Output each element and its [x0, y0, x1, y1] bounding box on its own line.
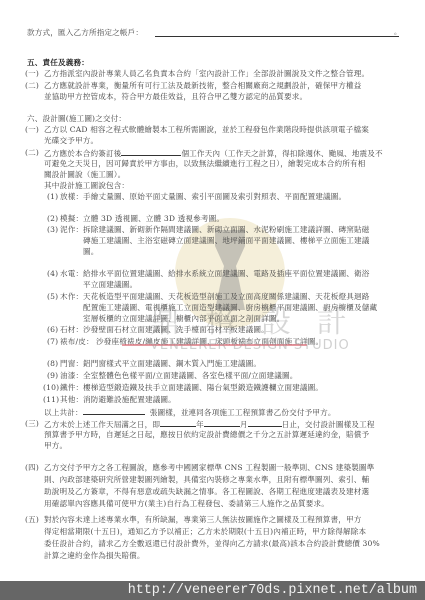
- account-line-end: 。: [394, 27, 401, 37]
- section-5-item-2-num: (二): [25, 80, 39, 91]
- deadline-month-blank-field: [204, 418, 240, 427]
- section-5-item-2-text-2: 並協助甲方控管成本，符合甲方最佳效益，且符合甲乙雙方認定的品質要求。: [44, 91, 307, 102]
- subitem-11-label: 其他：: [60, 394, 83, 405]
- subitem-4-text-2: 平立面建議圖。: [83, 279, 137, 290]
- section-6-item-4-num: (四): [25, 462, 39, 473]
- includes-label: 其中設計施工圖說包含：: [44, 180, 129, 191]
- section-6-item-5-line-3: 委任設計合約，請求乙方全數返還已付設計費外，並得向乙方請求(最高)該本合約設計費…: [44, 538, 380, 549]
- section-6-item-5-line-2: 得定相當期限(十五日)，通知乙方予以補正；乙方未於期限(十五日)內補正時，甲方除…: [44, 526, 366, 537]
- subitem-1-num: (1): [47, 191, 58, 202]
- subitem-8-label: 門窗：: [60, 358, 83, 369]
- subitem-10-label: 鐵件：: [60, 382, 83, 393]
- subitem-7-label: 裱布/皮：: [60, 336, 94, 347]
- deadline-suffix: 日止，交付設計圖樣及工程: [282, 420, 375, 429]
- contract-page: 款方式，匯入乙方所指定之帳戶： 。 五、責任及義務： (一) 乙方指派室內設計專…: [0, 0, 425, 581]
- total-line: 以上共計：張圖樣，並連同各項施工工程預算書乙份交付予甲方。: [44, 406, 336, 418]
- subitem-3-text-2: 磚施工建議圖、主浴室磁磚立面建議圖、地坪鋪面平面建議圖、樓梯平立面施工建議: [83, 235, 370, 246]
- subitem-3-label: 泥作：: [60, 224, 83, 235]
- section-5-heading: 五、責任及義務：: [27, 57, 89, 68]
- payment-account-line: 款方式，匯入乙方所指定之帳戶：: [27, 27, 143, 38]
- subitem-2-label: 模擬：: [60, 213, 83, 224]
- section-6-item-4-line-2: 則、內政部建築研究所營建製圖列繪製，具備室內裝修之專業水準，且附有標準圖列、索引…: [44, 474, 369, 485]
- section-6-item-1-text-2: 光碟交予甲方。: [44, 135, 98, 146]
- watermark-subtitle: VENEERER DESIGN STUDIO: [150, 338, 350, 353]
- footer-bar: http://veneerer70ds.pixnet.net/album: [0, 581, 425, 600]
- section-6-item-2-num: (二): [25, 147, 39, 158]
- subitem-3-text-1: 拆除建議圖、新砌新作隔間建議圖、新砌立面圖、水泥粉刷施工建議詳圖、磚窯貼磁: [83, 224, 370, 235]
- subitem-1-text: 手繪丈量圖、原始平面丈量圖、索引平面圖及索引對照表、平面配置建議圖。: [83, 191, 346, 202]
- subitem-4-text-1: 給排水平面位置建議圖、給排水系統立面建議圖、電路及插座平面位置建議圖、衛浴: [83, 268, 370, 279]
- section-6-item-4-line-1: 乙方交付予甲方之各工程圖說，應參考中國國家標準 CNS 工程製圖一般準則、CNS…: [44, 462, 374, 473]
- subitem-10-text: 樓梯造型鍛造鐵及扶手立面建議圖、陽台氣型鍛造鐵護欄立面建議圖。: [83, 382, 323, 393]
- subitem-9-num: (9): [47, 370, 58, 381]
- subitem-2-num: (2): [47, 213, 58, 224]
- subitem-10-num: (10): [43, 382, 59, 393]
- section-6-item-4-line-4: 用確認單內容應具備可使甲方(業主)自行為工程發包、委請第三人施作之品質要求。: [44, 498, 329, 509]
- account-blank-field: [155, 35, 399, 37]
- section-6-item-5-line-1: 對於內容未達上述專業水準，有所缺漏，專業第三人無法按圖施作之圖樣及工程預算書，甲…: [44, 514, 362, 525]
- subitem-8-text: 鋁門窗樣式平立面建議圖、鋼木質入門施工建議圖。: [83, 358, 261, 369]
- deadline-prefix: 乙方未於上述工作天屆滿之日，即: [44, 420, 160, 429]
- total-count-blank-field: [83, 406, 145, 415]
- section-6-item-3-line-3: 甲方。: [44, 440, 67, 451]
- section-6-item-3-line-2: 預算書予甲方時，自遲延之日起，應按日依約定設計費總價之千分之五計算遲延違約金，賠…: [44, 429, 369, 440]
- total-suffix: 張圖樣，並連同各項施工工程預算書乙份交付予甲方。: [150, 408, 336, 417]
- section-5-item-2-text-1: 乙方應就設計專業，衡量所有可行工法及最新技術，整合相關廠商之規劃設計，確保甲方權…: [44, 80, 362, 91]
- subitem-2-text: 立體 3D 透視圖、立體 3D 透視參考圖。: [83, 213, 224, 224]
- section-6-item-5-num: (五): [25, 514, 39, 525]
- section-6-item-3-num: (三): [25, 418, 39, 429]
- subitem-9-text: 全室整體色色樣平面/立面建議圖、各室色樣平面/立面建議圖。: [83, 370, 298, 381]
- subitem-5-label: 木作：: [60, 291, 83, 302]
- section-6-item-5-line-4: 計算之違約金作為損失賠償。: [44, 550, 145, 561]
- year-label: 年: [196, 420, 204, 429]
- subitem-3-text-3: 圖。: [83, 246, 99, 257]
- album-url: http://veneerer70ds.pixnet.net/album: [128, 582, 417, 599]
- days-label-prefix: 乙方應於本合約簽訂後: [44, 149, 121, 158]
- subitem-11-text: 消防避難設施配置建議圖。: [83, 394, 176, 405]
- payment-account-label: 款方式，匯入乙方所指定之帳戶：: [27, 28, 143, 37]
- deadline-year-blank-field: [160, 418, 196, 427]
- subitem-7-num: (7): [47, 336, 58, 347]
- watermark-text: 鼎 格 設 計: [150, 308, 355, 338]
- total-label: 以上共計：: [44, 408, 83, 417]
- section-5-item-1-text: 乙方指派室內設計專業人員乙名負責本合約「室內設計工作」全部設計圖說及文件之整合管…: [44, 68, 369, 79]
- section-6-item-4-line-3: 助說明及乙方簽章，不得有惡意或疏失缺漏之情事。各工程圖說、各期工程進度建議表及建…: [44, 486, 369, 497]
- subitem-5-text-1: 天花板造型平面建議圖、天花板造型剖施工及立面高度關係建議圖、天花板燈具迴路: [83, 291, 370, 302]
- subitem-6-label: 石材：: [60, 324, 83, 335]
- section-6-item-2-line-2: 可避免之天災日，因可歸責於甲方事由，以致無法繼續進行工程之日），繪製完成本合約所…: [44, 158, 365, 169]
- deadline-day-blank-field: [248, 418, 282, 427]
- subitem-3-num: (3): [47, 224, 58, 235]
- section-6-item-1-num: (一): [25, 124, 39, 135]
- subitem-8-num: (8): [47, 358, 58, 369]
- section-6-heading: 六、設計圖(施工圖)之交付：: [27, 113, 126, 124]
- subitem-5-num: (5): [47, 291, 58, 302]
- section-6-item-1-text-1: 乙方以 CAD 相容之程式軟體繪製本工程所需圖說，並於工程發包作業階段時提供該項…: [44, 124, 369, 135]
- days-label-suffix: 個工作天內（工作天之計算，得扣除週休、颱風、地震及不: [181, 149, 382, 158]
- subitem-11-num: (11): [43, 394, 59, 405]
- month-label: 月: [240, 420, 248, 429]
- section-5-item-1-num: (一): [25, 68, 39, 79]
- subitem-4-num: (4): [47, 268, 58, 279]
- section-6-item-2-line-3: 關設計圖說（施工圖）。: [44, 169, 125, 180]
- subitem-9-label: 油漆：: [60, 370, 83, 381]
- subitem-6-num: (6): [47, 324, 58, 335]
- work-days-blank-field: [121, 147, 181, 156]
- subitem-1-label: 放樣：: [60, 191, 83, 202]
- subitem-4-label: 水電：: [60, 268, 83, 279]
